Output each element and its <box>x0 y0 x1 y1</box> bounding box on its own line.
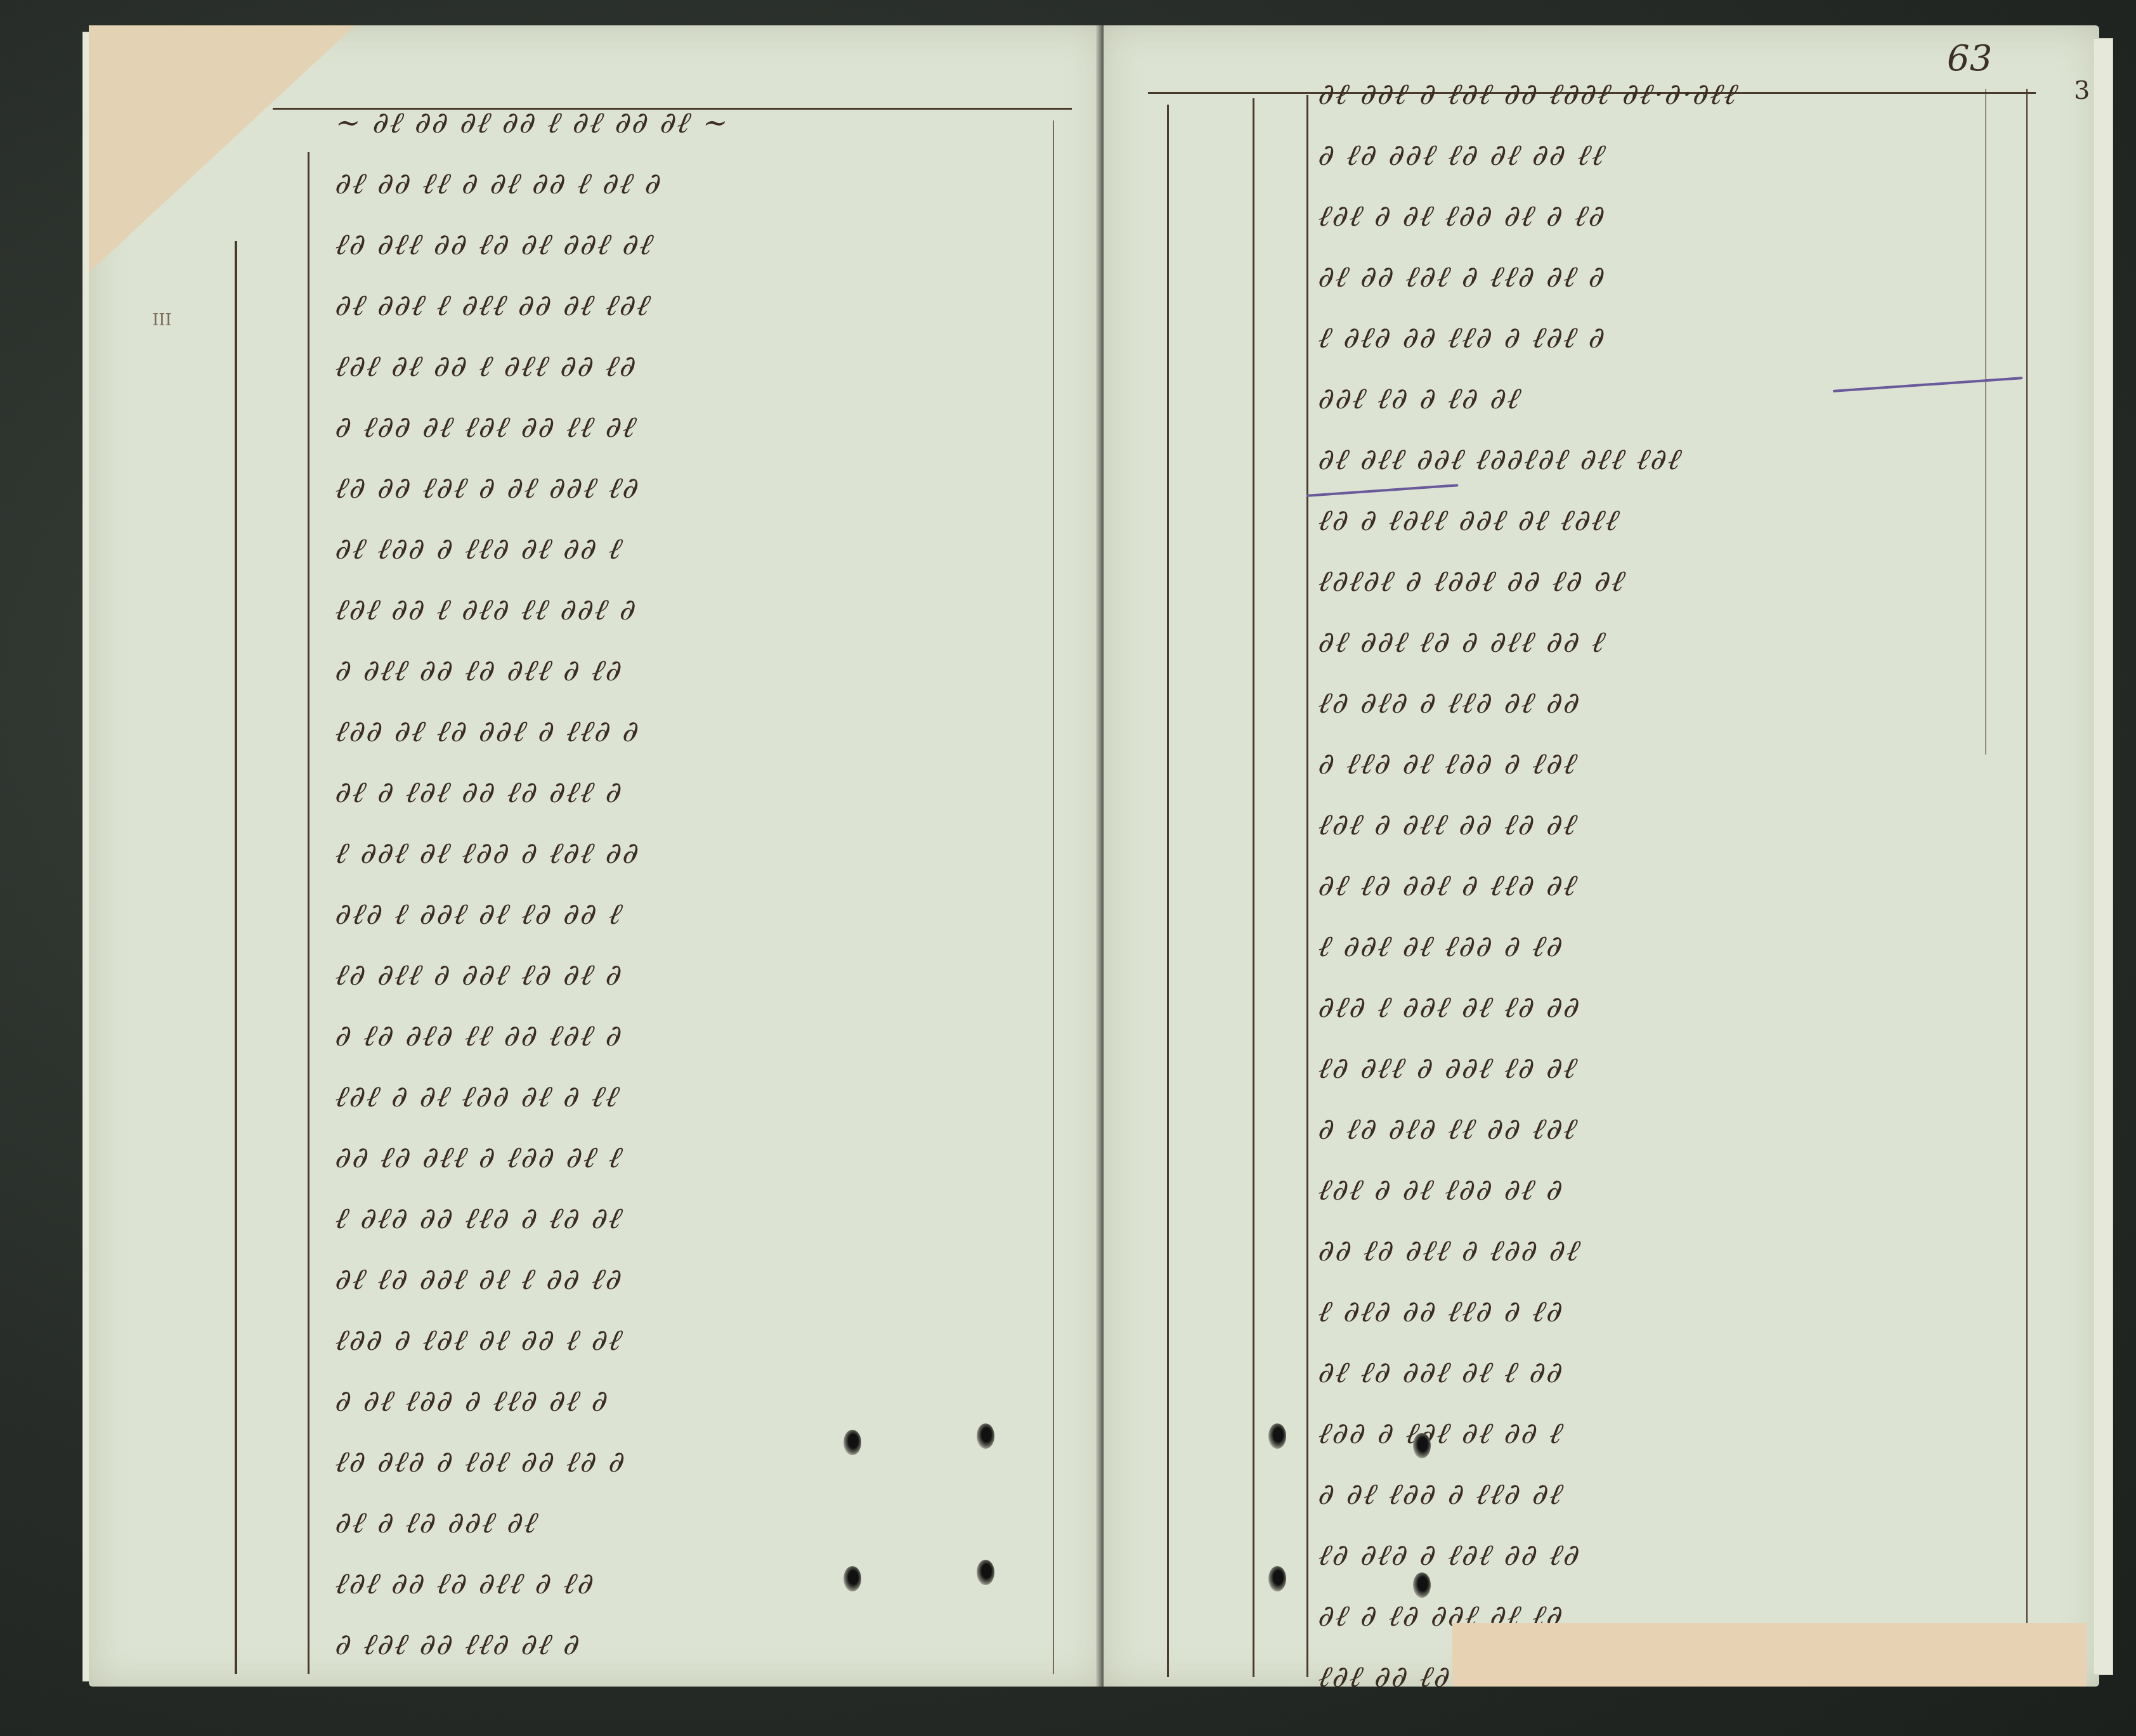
text-line: ℓ∂ℓ ∂ ∂ℓ ℓ∂∂ ∂ℓ ∂ ℓ∂ <box>1313 185 2036 246</box>
text-line: ℓ∂ ∂ℓℓ ∂ ∂∂ℓ ℓ∂ ∂ℓ ∂ <box>330 944 1072 1005</box>
punch-hole <box>1268 1423 1286 1449</box>
margin-rule-2 <box>1253 98 1254 1677</box>
text-line: ∂ℓ ∂ ℓ∂ ∂∂ℓ ∂ℓ <box>330 1492 1072 1553</box>
text-line: ∂ ℓ∂ ∂∂ℓ ℓ∂ ∂ℓ ∂∂ ℓℓ <box>1313 124 2036 185</box>
text-line: ℓ∂ ∂ℓℓ ∂ ∂∂ℓ ℓ∂ ∂ℓ <box>1313 1037 2036 1098</box>
text-line: ℓ ∂ℓ∂ ∂∂ ℓℓ∂ ∂ ℓ∂ ∂ℓ <box>330 1188 1072 1248</box>
text-line: ℓ ∂ℓ∂ ∂∂ ℓℓ∂ ∂ ℓ∂ <box>1313 1281 2036 1342</box>
text-line: ∂ ℓ∂ℓ ∂∂ ℓℓ∂ ∂ℓ ∂ <box>330 1614 1072 1674</box>
text-line: ∂ ∂ℓ ℓ∂∂ ∂ ℓℓ∂ ∂ℓ ∂ <box>330 1370 1072 1431</box>
text-line: ∂ℓ ℓ∂∂ ∂ ℓℓ∂ ∂ℓ ∂∂ ℓ <box>330 518 1072 579</box>
text-line: ∂ ℓℓ∂ ∂ℓ ℓ∂∂ ∂ ℓ∂ℓ <box>1313 733 2036 794</box>
right-page: 63 3 ∂ℓ ∂∂ℓ ∂ ℓ∂ℓ ∂∂ ℓ∂∂ℓ ∂ℓ·∂·∂ℓℓ ∂ ℓ∂ … <box>1104 25 2099 1687</box>
text-line: ∂ ℓ∂ ∂ℓ∂ ℓℓ ∂∂ ℓ∂ℓ <box>1313 1098 2036 1159</box>
punch-hole <box>843 1430 861 1455</box>
text-line: ℓ∂ℓ ∂ ∂ℓ ℓ∂∂ ∂ℓ ∂ ℓℓ <box>330 1066 1072 1127</box>
paper-repair-strip <box>1452 1623 2087 1687</box>
text-line: ℓ∂∂ ∂ ℓ∂ℓ ∂ℓ ∂∂ ℓ ∂ℓ <box>330 1309 1072 1370</box>
punch-hole <box>1413 1433 1431 1458</box>
punch-hole <box>977 1560 994 1585</box>
text-line: ∂ℓ ∂ℓℓ ∂∂ℓ ℓ∂∂ℓ∂ℓ ∂ℓℓ ℓ∂ℓ <box>1313 429 2036 489</box>
page-stack-edge-right <box>2093 38 2113 1675</box>
text-line: ℓ∂ℓ ∂∂ ℓ ∂ℓ∂ ℓℓ ∂∂ℓ ∂ <box>330 579 1072 640</box>
edge-mark: 3 <box>2074 76 2090 105</box>
folded-corner-tab <box>89 25 355 273</box>
text-line: ~ ∂ℓ ∂∂ ∂ℓ ∂∂ ℓ ∂ℓ ∂∂ ∂ℓ ~ <box>330 92 1072 153</box>
text-line: ∂ ℓ∂∂ ∂ℓ ℓ∂ℓ ∂∂ ℓℓ ∂ℓ <box>330 396 1072 457</box>
text-line: ℓ ∂ℓ∂ ∂∂ ℓℓ∂ ∂ ℓ∂ℓ ∂ <box>1313 307 2036 368</box>
margin-rule-outer <box>235 241 237 1674</box>
text-line: ℓ∂ℓ ∂∂ ℓ∂ ∂ℓℓ ∂ ℓ∂ <box>330 1553 1072 1614</box>
text-line: ∂ℓ∂ ℓ ∂∂ℓ ∂ℓ ℓ∂ ∂∂ <box>1313 976 2036 1037</box>
text-line: ∂ℓ∂ ℓ ∂∂ℓ ∂ℓ ℓ∂ ∂∂ ℓ <box>330 883 1072 944</box>
text-line: ℓ∂ ∂ℓ∂ ∂ ℓ∂ℓ ∂∂ ℓ∂ ∂ <box>330 1431 1072 1492</box>
text-line: ℓ∂ ∂ℓℓ ∂∂ ℓ∂ ∂ℓ ∂∂ℓ ∂ℓ <box>330 214 1072 275</box>
text-line: ℓ ∂∂ℓ ∂ℓ ℓ∂∂ ∂ ℓ∂ℓ ∂∂ <box>330 822 1072 883</box>
text-line: ∂ ℓ∂ ∂ℓ∂ ℓℓ ∂∂ ℓ∂ℓ ∂ <box>330 1005 1072 1066</box>
punch-hole <box>843 1566 861 1591</box>
text-line: ∂ℓ ∂∂ℓ ∂ ℓ∂ℓ ∂∂ ℓ∂∂ℓ ∂ℓ·∂·∂ℓℓ <box>1313 63 2036 124</box>
text-line: ℓ∂ℓ ∂ℓ ∂∂ ℓ ∂ℓℓ ∂∂ ℓ∂ <box>330 335 1072 396</box>
text-line: ∂∂ ℓ∂ ∂ℓℓ ∂ ℓ∂∂ ∂ℓ <box>1313 1220 2036 1281</box>
text-line: ∂∂ ℓ∂ ∂ℓℓ ∂ ℓ∂∂ ∂ℓ ℓ <box>330 1127 1072 1188</box>
text-line: ℓ∂ ∂ℓ∂ ∂ ℓℓ∂ ∂ℓ ∂∂ <box>1313 672 2036 733</box>
text-line: ℓ∂ ∂ ℓ∂ℓℓ ∂∂ℓ ∂ℓ ℓ∂ℓℓ <box>1313 489 2036 550</box>
open-notebook: III ~ ∂ℓ ∂∂ ∂ℓ ∂∂ ℓ ∂ℓ ∂∂ ∂ℓ ~ ∂ℓ ∂∂ ℓℓ … <box>89 25 2099 1687</box>
text-line: ∂ℓ ∂∂ℓ ℓ ∂ℓℓ ∂∂ ∂ℓ ℓ∂ℓ <box>330 275 1072 335</box>
left-page-text: ~ ∂ℓ ∂∂ ∂ℓ ∂∂ ℓ ∂ℓ ∂∂ ∂ℓ ~ ∂ℓ ∂∂ ℓℓ ∂ ∂ℓ… <box>336 92 1065 1674</box>
text-line: ∂ℓ ℓ∂ ∂∂ℓ ∂ℓ ℓ ∂∂ <box>1313 1342 2036 1402</box>
text-line: ∂ ∂ℓℓ ∂∂ ℓ∂ ∂ℓℓ ∂ ℓ∂ <box>330 640 1072 701</box>
text-line: ℓ ∂∂ℓ ∂ℓ ℓ∂∂ ∂ ℓ∂ <box>1313 916 2036 976</box>
right-page-text: ∂ℓ ∂∂ℓ ∂ ℓ∂ℓ ∂∂ ℓ∂∂ℓ ∂ℓ·∂·∂ℓℓ ∂ ℓ∂ ∂∂ℓ ℓ… <box>1319 63 2029 1707</box>
text-line: ℓ∂ ∂∂ ℓ∂ℓ ∂ ∂ℓ ∂∂ℓ ℓ∂ <box>330 457 1072 518</box>
punch-hole <box>977 1423 994 1449</box>
text-line: ∂ℓ ∂∂ ℓ∂ℓ ∂ ℓℓ∂ ∂ℓ ∂ <box>1313 246 2036 307</box>
margin-rule-inner <box>308 152 309 1674</box>
text-line: ∂ℓ ∂ ℓ∂ℓ ∂∂ ℓ∂ ∂ℓℓ ∂ <box>330 761 1072 822</box>
text-line: ℓ∂ℓ ∂ ∂ℓ ℓ∂∂ ∂ℓ ∂ <box>1313 1159 2036 1220</box>
text-line: ∂ℓ ∂∂ℓ ℓ∂ ∂ ∂ℓℓ ∂∂ ℓ <box>1313 611 2036 672</box>
text-line: ℓ∂ℓ ∂ ∂ℓℓ ∂∂ ℓ∂ ∂ℓ <box>1313 794 2036 855</box>
margin-rule-1 <box>1167 105 1169 1677</box>
text-line: ∂ℓ ℓ∂ ∂∂ℓ ∂ℓ ℓ ∂∂ ℓ∂ <box>330 1248 1072 1309</box>
text-line: ∂ ∂ℓ ℓ∂∂ ∂ ℓℓ∂ ∂ℓ <box>1313 1463 2036 1524</box>
left-page: III ~ ∂ℓ ∂∂ ∂ℓ ∂∂ ℓ ∂ℓ ∂∂ ∂ℓ ~ ∂ℓ ∂∂ ℓℓ … <box>89 25 1104 1687</box>
punch-hole <box>1268 1566 1286 1591</box>
text-line: ∂ℓ ∂∂ ℓℓ ∂ ∂ℓ ∂∂ ℓ ∂ℓ ∂ <box>330 153 1072 214</box>
text-line: ∂∂ℓ ℓ∂ ∂ ℓ∂ ∂ℓ <box>1313 368 2036 429</box>
text-line: ℓ∂∂ ∂ℓ ℓ∂ ∂∂ℓ ∂ ℓℓ∂ ∂ <box>330 701 1072 761</box>
margin-tick-marks: III <box>152 311 172 330</box>
text-line: ℓ∂ℓ∂ℓ ∂ ℓ∂∂ℓ ∂∂ ℓ∂ ∂ℓ <box>1313 550 2036 611</box>
punch-hole <box>1413 1572 1431 1598</box>
text-line: ∂ℓ ℓ∂ ∂∂ℓ ∂ ℓℓ∂ ∂ℓ <box>1313 855 2036 916</box>
margin-rule-3 <box>1306 95 1308 1677</box>
